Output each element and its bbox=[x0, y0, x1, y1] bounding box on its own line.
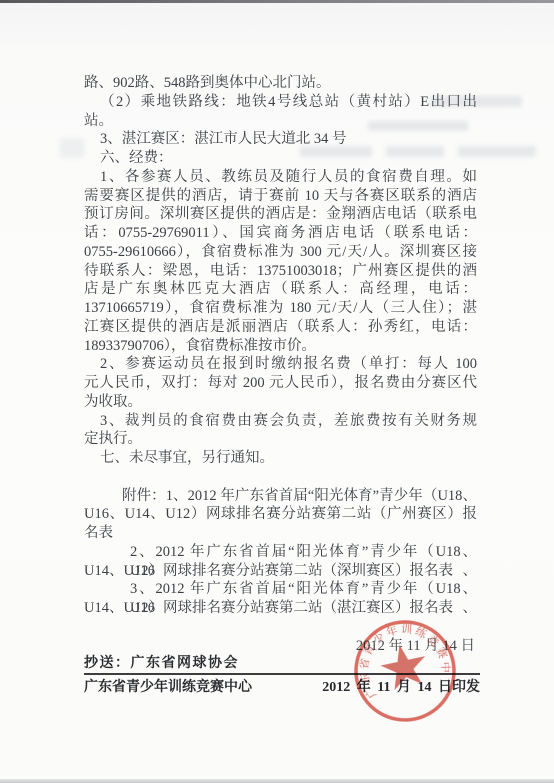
seal-graphic: 广东省青少年训练竞赛中心 bbox=[341, 607, 469, 735]
body-line: 店是广东奥林匹克大酒店（联系人：高经理，电话： bbox=[84, 280, 477, 299]
bleed-through-smudge bbox=[60, 138, 84, 158]
body-line: 站。 bbox=[84, 112, 477, 131]
blank-line bbox=[84, 468, 477, 487]
body-line: 定执行。 bbox=[84, 430, 477, 449]
document-body: 路、902路、548路到奥体中心北门站。 （2）乘地铁路线：地铁4号线总站（黄村… bbox=[84, 74, 477, 655]
body-line: 元人民币，双打：每对 200 元人民币），报名费由分赛区代 bbox=[84, 374, 477, 393]
issuer-name: 广东省青少年训练竞赛中心 bbox=[84, 679, 252, 696]
attachment-line: 附件：1、2012 年广东省首届“阳光体育”青少年（U18、 bbox=[84, 487, 477, 506]
body-line: 18933790706），食宿费标准按市价。 bbox=[84, 337, 477, 356]
body-line: 为收取。 bbox=[84, 393, 477, 412]
body-line: 待联系人：梁恩，电话：13751003018；广州赛区提供的酒 bbox=[84, 262, 477, 281]
official-seal-stamp: 广东省青少年训练竞赛中心 bbox=[341, 607, 469, 735]
seal-star-icon bbox=[377, 640, 431, 692]
attachment-line: U16、U14、U12）网球排名赛分站赛第二站（广州赛区）报 bbox=[84, 505, 477, 524]
section-heading: 六、经费： bbox=[84, 149, 477, 168]
body-line: 预订房间。深圳赛区提供的酒店是：金翔酒店电话（联系电 bbox=[84, 205, 477, 224]
attachment-line: 名表 bbox=[84, 524, 477, 543]
body-line: 需要赛区提供的酒店，请于赛前 10 天与各赛区联系的酒店 bbox=[84, 187, 477, 206]
document-page: 路、902路、548路到奥体中心北门站。 （2）乘地铁路线：地铁4号线总站（黄村… bbox=[0, 0, 554, 783]
body-line: 0755-29610666），食宿费标准为 300 元/天/人。深圳赛区接 bbox=[84, 243, 477, 262]
body-line: 路、902路、548路到奥体中心北门站。 bbox=[84, 74, 477, 93]
scan-edge-bottom bbox=[0, 779, 554, 783]
body-line: 13710665719），食宿费标准为 180 元/天/人（三人住）；湛 bbox=[84, 299, 477, 318]
body-line: 江赛区提供的酒店是派丽酒店（联系人：孙秀红，电话： bbox=[84, 318, 477, 337]
body-line: 2、参赛运动员在报到时缴纳报名费（单打：每人 100 bbox=[84, 355, 477, 374]
body-line: 3、裁判员的食宿费由赛会负责，差旅费按有关财务规 bbox=[84, 412, 477, 431]
attachment-line: U14、U12）网球排名赛分站赛第二站（深圳赛区）报名表 bbox=[84, 562, 477, 581]
body-line: （2）乘地铁路线：地铁4号线总站（黄村站）E出口出 bbox=[84, 93, 477, 112]
attachment-line: 3、2012 年广东省首届“阳光体育”青少年（U18、U16、 bbox=[84, 580, 477, 599]
attachment-line: 2、2012 年广东省首届“阳光体育”青少年（U18、U16、 bbox=[84, 543, 477, 562]
scan-edge-top bbox=[0, 0, 554, 3]
body-line: 七、未尽事宜，另行通知。 bbox=[84, 449, 477, 468]
body-line: 3、湛江赛区：湛江市人民大道北 34 号 bbox=[84, 130, 477, 149]
body-line: 1、各参赛人员、教练员及随行人员的食宿费自理。如 bbox=[84, 168, 477, 187]
body-line: 话：0755-29769011）、国宾商务酒店电话（联系电话： bbox=[84, 224, 477, 243]
